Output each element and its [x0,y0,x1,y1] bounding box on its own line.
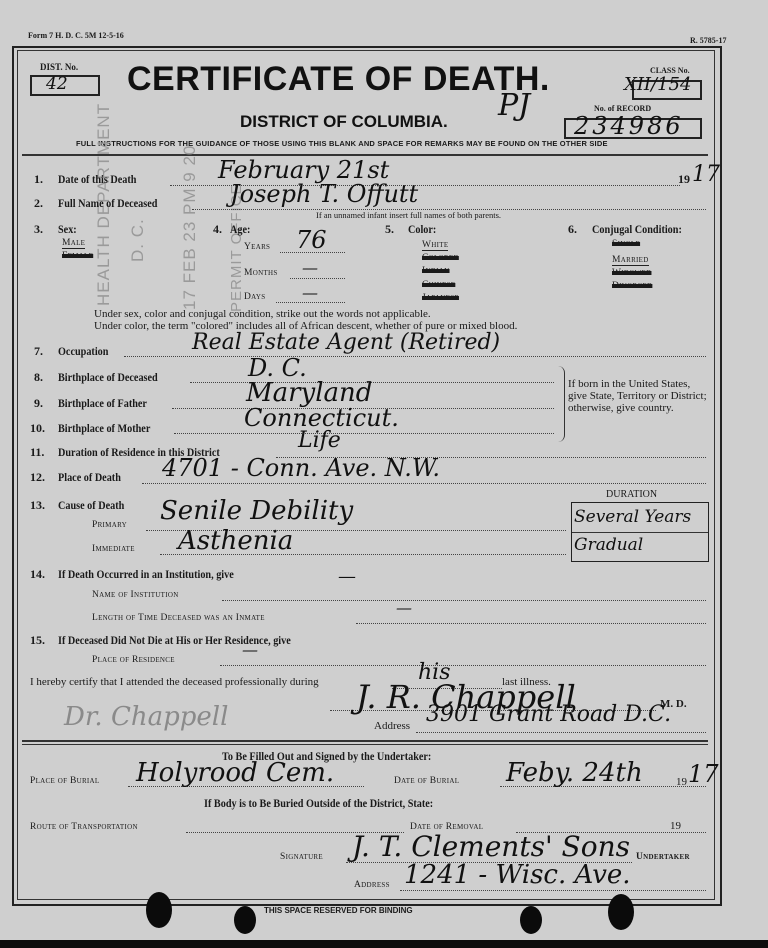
field-number: 6. [568,222,577,237]
immediate-cause-value[interactable]: Asthenia [178,526,293,556]
birthplace-bracket [558,366,565,442]
sex-label: Sex: [58,222,77,237]
page-title: CERTIFICATE OF DEATH. [127,60,550,99]
institution-name-line [222,600,706,601]
sex-option-male[interactable]: Male [62,238,85,249]
conjugal-label: Conjugal Condition: [592,222,682,237]
binding-note: THIS SPACE RESERVED FOR BINDING [264,906,413,915]
inmate-length-line [356,623,706,624]
margin-note: Dr. Chappell [64,702,228,732]
burial-year-value[interactable]: 17 [688,760,719,788]
institution-name-value[interactable]: — [338,566,356,587]
days-label: Days [244,292,265,302]
undertaker-address-label: Address [354,880,390,890]
years-label: Years [244,242,270,252]
burial-date-label: Date of Burial [394,776,459,786]
birthplace-note: If born in the United States, give State… [568,378,710,414]
strike-note: Under sex, color and conjugal condition,… [94,308,431,320]
physician-address-line [416,732,706,733]
months-label: Months [244,268,278,278]
year-value[interactable]: 17 [692,162,720,187]
place-of-residence-value[interactable]: — [242,640,258,659]
inmate-length-value[interactable]: — [396,598,412,617]
color-option-japanese[interactable]: Japanese [422,293,459,303]
conjugal-option-single[interactable]: Single [612,239,640,249]
color-label: Color: [408,222,436,237]
class-value: XII/154 [624,74,691,95]
duration-label: DURATION [606,489,657,500]
birthplace-mother-line [174,433,554,434]
duration-box: Several Years Gradual [571,502,709,562]
inmate-length-label: Length of Time Deceased was an Inmate [92,613,265,623]
conjugal-option-divorced[interactable]: Divorced [612,281,652,291]
physician-address-value[interactable]: 3901 Grant Road D.C. [426,702,671,727]
color-option-chinese[interactable]: Chinese [422,280,455,290]
conjugal-option-widowed[interactable]: Widowed [612,268,651,278]
full-name-label: Full Name of Deceased [58,196,157,211]
burial-year-prefix: 19 [676,776,687,788]
primary-label: Primary [92,520,127,530]
color-option-indian[interactable]: Indian [422,266,450,276]
place-of-death-label: Place of Death [58,470,121,485]
undertaker-label: Undertaker [636,852,690,862]
physician-address-label: Address [374,720,410,732]
undertaker-signature[interactable]: J. T. Clements' Sons [352,830,630,863]
field-number: 14. [30,567,45,582]
death-certificate-page: Form 7 H. D. C. 5M 12-5-16 R. 5785-17 DI… [0,0,768,948]
residence-duration-value[interactable]: Life [298,428,341,453]
full-name-value[interactable]: Joseph T. Offutt [230,180,418,208]
form-id: Form 7 H. D. C. 5M 12-5-16 [28,31,124,40]
field-number: 12. [30,470,45,485]
field-number: 1. [34,172,43,187]
field-number: 3. [34,222,43,237]
institution-name-label: Name of Institution [92,590,179,600]
place-of-death-value[interactable]: 4701 - Conn. Ave. N.W. [162,454,440,482]
burial-date-value[interactable]: Feby. 24th [506,758,643,788]
dist-value: 42 [46,74,68,94]
instructions: FULL INSTRUCTIONS FOR THE GUIDANCE OF TH… [76,139,608,148]
dist-box: 42 [30,75,100,96]
conjugal-option-married[interactable]: Married [612,255,649,266]
immediate-label: Immediate [92,544,135,554]
birthplace-father-label: Birthplace of Father [58,396,147,411]
field-number: 2. [34,196,43,211]
occupation-label: Occupation [58,344,108,359]
stamp-date: 17 FEB 23 PM 9 20 [180,145,200,310]
route-label: Route of Transportation [30,822,138,832]
months-line [290,278,345,279]
occupation-value[interactable]: Real Estate Agent (Retired) [192,330,500,355]
date-of-death-label: Date of this Death [58,172,136,187]
birthplace-deceased-label: Birthplace of Deceased [58,370,158,385]
years-value[interactable]: 76 [296,226,327,254]
field-number: 8. [34,370,43,385]
r-number: R. 5785-17 [690,36,726,45]
undertaker-rule-bottom [22,744,708,745]
days-line [276,302,345,303]
duration-divider [572,532,708,533]
unnamed-infant-note: If an unnamed infant insert full names o… [316,210,501,220]
immediate-duration-value[interactable]: Gradual [574,535,643,555]
page-subtitle: DISTRICT OF COLUMBIA. [240,112,448,132]
field-number: 5. [385,222,394,237]
burial-place-value[interactable]: Holyrood Cem. [136,758,334,788]
signature-label: Signature [280,852,323,862]
age-label: Age: [230,222,250,237]
field-number: 11. [30,445,44,460]
field-number: 7. [34,344,43,359]
year-prefix: 19 [678,172,690,187]
field-number: 4. [213,222,222,237]
bottom-edge [0,940,768,948]
binding-hole [608,894,634,930]
place-of-residence-line [220,665,706,666]
cause-label: Cause of Death [58,498,124,513]
certify-text: I hereby certify that I attended the dec… [30,676,319,688]
binding-hole [234,906,256,934]
undertaker-address-value[interactable]: 1241 - Wisc. Ave. [404,860,631,890]
field-number: 13. [30,498,45,513]
removal-year-prefix: 19 [670,820,681,832]
primary-duration-value[interactable]: Several Years [574,507,691,527]
burial-place-label: Place of Burial [30,776,99,786]
stamp-dc: D. C. [128,218,148,262]
outside-district-heading: If Body is to Be Buried Outside of the D… [204,796,433,811]
days-value[interactable]: — [302,283,318,302]
months-value[interactable]: — [302,258,318,277]
field-number: 10. [30,421,45,436]
place-of-death-line [142,483,706,484]
dist-label: DIST. No. [40,62,78,72]
binding-hole [520,906,542,934]
class-box: XII/154 [632,80,702,100]
occupation-line [124,356,706,357]
field-number: 9. [34,396,43,411]
field-number: 15. [30,633,45,648]
birthplace-mother-label: Birthplace of Mother [58,421,150,436]
record-value: 234986 [574,112,684,140]
initials: PJ [498,88,530,123]
color-option-colored[interactable]: Colored [422,253,459,263]
sex-option-female[interactable]: Female [62,251,93,261]
institution-label: If Death Occurred in an Institution, giv… [58,567,234,582]
undertaker-address-line [400,890,706,891]
binding-hole [146,892,172,928]
primary-cause-value[interactable]: Senile Debility [160,496,353,526]
place-of-residence-label: Place of Residence [92,655,175,665]
color-option-white[interactable]: White [422,240,448,251]
record-box: 234986 [564,118,702,139]
undertaker-rule-top [22,740,708,742]
